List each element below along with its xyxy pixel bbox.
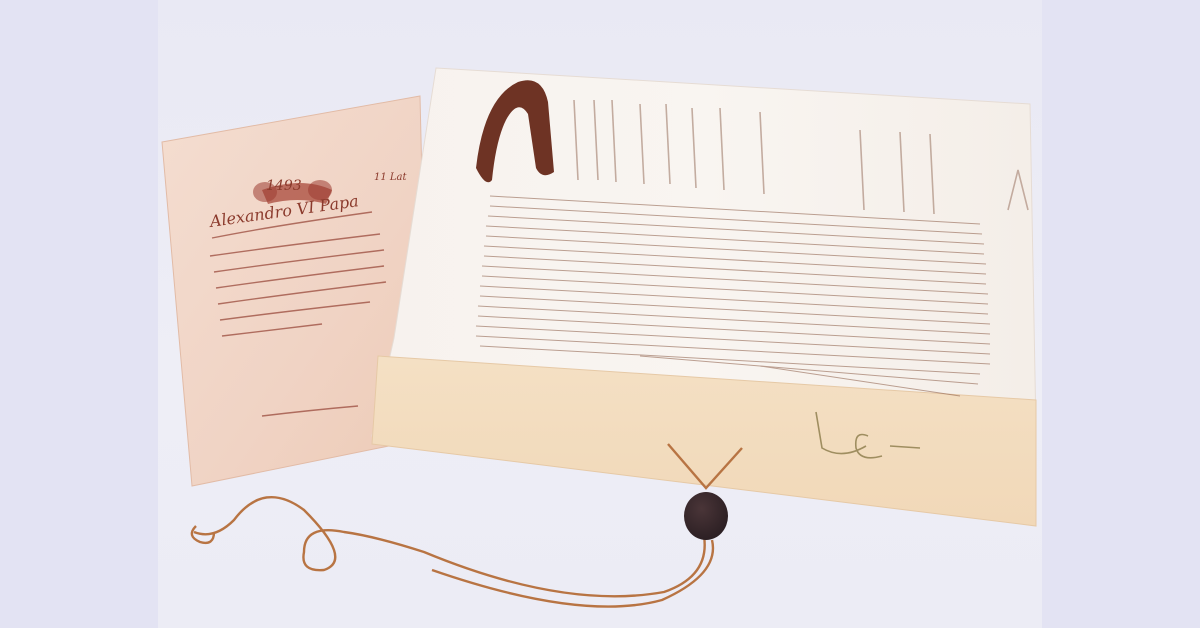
right-margin	[1042, 0, 1200, 628]
lead-seal	[684, 492, 728, 540]
papal-bull	[372, 68, 1036, 526]
photograph: 1493 11 Lat Alexandro VI Papa	[158, 0, 1042, 628]
left-margin	[0, 0, 158, 628]
cover-year: 1493	[266, 178, 302, 194]
cover-date-note: 11 Lat	[374, 172, 407, 183]
document-illustration	[158, 0, 1042, 628]
